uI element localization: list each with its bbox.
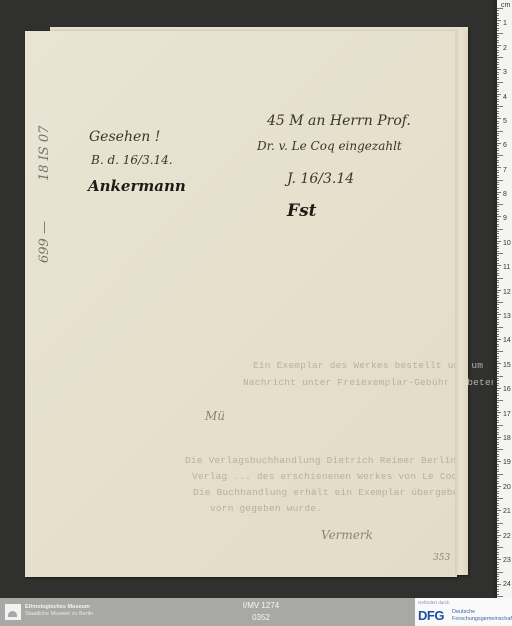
ruler-tick	[497, 50, 499, 51]
ruler-tick	[497, 314, 501, 315]
ruler-tick	[497, 567, 499, 568]
ruler-tick	[497, 295, 499, 296]
margin-note-vertical-1: 18 IS 07	[37, 126, 52, 181]
ruler-tick	[497, 131, 503, 132]
ruler-tick	[497, 229, 503, 230]
ruler-tick	[497, 402, 499, 403]
ruler-tick	[497, 101, 499, 102]
ruler-tick	[497, 108, 499, 109]
ruler-tick	[497, 390, 499, 391]
signature-left: Ankermann	[88, 177, 186, 195]
ruler-tick	[497, 111, 499, 112]
ruler-tick	[497, 596, 503, 597]
ruler-tick	[497, 175, 499, 176]
ruler-tick	[497, 187, 499, 188]
ruler-tick	[497, 503, 499, 504]
ruler-tick	[497, 334, 499, 335]
document-sheet: Gesehen ! B. d. 16/3.14. Ankermann 45 M …	[25, 31, 457, 577]
ruler-tick	[497, 104, 499, 105]
ruler-tick	[497, 486, 501, 487]
ruler-tick	[497, 89, 499, 90]
ruler-tick	[497, 383, 499, 384]
ruler-tick	[497, 498, 503, 499]
ruler-tick	[497, 432, 499, 433]
ruler-tick	[497, 417, 499, 418]
ruler-mark: 21	[503, 508, 511, 515]
ruler-tick	[497, 243, 499, 244]
ruler-mark: 13	[503, 313, 511, 320]
dfg-logo-icon: DFG	[418, 608, 444, 623]
ruler-tick	[497, 346, 499, 347]
ruler-tick	[497, 18, 499, 19]
ruler-tick	[497, 285, 499, 286]
ruler-tick	[497, 28, 499, 29]
ruler-tick	[497, 329, 499, 330]
ruler-tick	[497, 145, 499, 146]
ruler-tick	[497, 542, 499, 543]
ruler-tick	[497, 444, 499, 445]
ruler-tick	[497, 202, 499, 203]
ruler-tick	[497, 518, 499, 519]
ruler-tick	[497, 37, 499, 38]
ruler-tick	[497, 148, 499, 149]
ruler-tick	[497, 72, 499, 73]
ruler-mark: 12	[503, 289, 511, 296]
ruler-tick	[497, 209, 499, 210]
ruler-tick	[497, 45, 501, 46]
ruler-tick	[497, 545, 499, 546]
ruler-tick	[497, 224, 499, 225]
ruler-tick	[497, 248, 499, 249]
ruler-tick	[497, 128, 499, 129]
ruler-tick	[497, 260, 499, 261]
dfg-line-1: Deutsche	[452, 609, 512, 616]
ruler-tick	[497, 33, 503, 34]
ruler-tick	[497, 15, 499, 16]
ruler-tick	[497, 559, 501, 560]
ruler-tick	[497, 349, 499, 350]
ruler-tick	[497, 153, 499, 154]
ruler-tick	[497, 569, 499, 570]
inventory-number: I/MV 1274	[236, 601, 286, 610]
ruler-tick	[497, 309, 499, 310]
sheet-edge	[455, 31, 468, 575]
ruler-tick	[497, 469, 499, 470]
ruler-tick	[497, 135, 499, 136]
ruler-tick	[497, 422, 499, 423]
museum-name: Ethnologisches Museum	[25, 604, 90, 610]
ruler-mark: 11	[503, 264, 510, 271]
ruler-tick	[497, 385, 499, 386]
ruler-tick	[497, 236, 499, 237]
ruler-tick	[497, 155, 503, 156]
ruler-tick	[497, 344, 499, 345]
cm-ruler: cm 1 2 3 4 5 6 7 8 9 10 11 12 13 14 15 1…	[493, 0, 512, 598]
ruler-tick	[497, 508, 499, 509]
ruler-tick	[497, 74, 499, 75]
ruler-tick	[497, 199, 499, 200]
ruler-tick	[497, 211, 499, 212]
ruler-mark: 16	[503, 386, 511, 393]
typed-line-4: Verlag ... des erschienenen Werkes von L…	[192, 471, 463, 482]
ruler-tick	[497, 439, 499, 440]
ruler-tick	[497, 476, 499, 477]
ruler-tick	[497, 520, 499, 521]
ruler-tick	[497, 69, 501, 70]
ruler-tick	[497, 47, 499, 48]
ruler-mark: 5	[503, 118, 507, 125]
ruler-tick	[497, 55, 499, 56]
ruler-tick	[497, 591, 499, 592]
ruler-tick	[497, 535, 501, 536]
ruler-tick	[497, 172, 499, 173]
ruler-tick	[497, 447, 499, 448]
ruler-tick	[497, 79, 499, 80]
ruler-tick	[497, 20, 501, 21]
ruler-mark: 9	[503, 215, 507, 222]
ruler-tick	[497, 380, 499, 381]
ruler-tick	[497, 478, 499, 479]
dfg-name: Deutsche Forschungsgemeinschaft	[452, 609, 512, 623]
ruler-tick	[497, 77, 499, 78]
ruler-tick	[497, 251, 499, 252]
ruler-tick	[497, 393, 499, 394]
signature-right: Fst	[287, 201, 317, 221]
ruler-tick	[497, 454, 499, 455]
ruler-tick	[497, 339, 501, 340]
ruler-tick	[497, 586, 499, 587]
handwriting-recipient: Dr. v. Le Coq eingezahlt	[257, 139, 402, 153]
ruler-tick	[497, 258, 499, 259]
ruler-tick	[497, 302, 503, 303]
ruler-tick	[497, 123, 499, 124]
ruler-tick	[497, 268, 499, 269]
ruler-tick	[497, 464, 499, 465]
ruler-tick	[497, 238, 499, 239]
ruler-mark: 6	[503, 142, 507, 149]
ruler-tick	[497, 165, 499, 166]
ruler-tick	[497, 378, 499, 379]
ruler-tick	[497, 197, 499, 198]
ruler-tick	[497, 581, 499, 582]
ruler-tick	[497, 40, 499, 41]
ruler-tick	[497, 572, 503, 573]
ruler-tick	[497, 376, 503, 377]
ruler-tick	[497, 140, 499, 141]
ruler-mark: 20	[503, 484, 511, 491]
ruler-tick	[497, 204, 503, 205]
ruler-tick	[497, 42, 499, 43]
ruler-mark: 24	[503, 581, 511, 588]
ruler-tick	[497, 23, 499, 24]
ruler-tick	[497, 35, 499, 36]
ruler-tick	[497, 317, 499, 318]
ruler-tick	[497, 395, 499, 396]
ruler-tick	[497, 116, 499, 117]
ruler-tick	[497, 449, 503, 450]
ruler-tick	[497, 170, 499, 171]
ruler-tick	[497, 527, 499, 528]
ruler-tick	[497, 59, 499, 60]
ruler-tick	[497, 167, 501, 168]
ruler-tick	[497, 206, 499, 207]
ruler-tick	[497, 537, 499, 538]
ruler-tick	[497, 157, 499, 158]
ruler-tick	[497, 282, 499, 283]
ruler-tick	[497, 373, 499, 374]
ruler-tick	[497, 594, 499, 595]
ruler-tick	[497, 231, 499, 232]
ruler-tick	[497, 182, 499, 183]
ruler-tick	[497, 67, 499, 68]
handwriting-gesehen: Gesehen !	[89, 129, 160, 145]
ruler-tick	[497, 474, 503, 475]
ruler-tick	[497, 466, 499, 467]
ruler-tick	[497, 451, 499, 452]
ruler-tick	[497, 290, 501, 291]
ruler-tick	[497, 388, 501, 389]
scan-background: Gesehen ! B. d. 16/3.14. Ankermann 45 M …	[0, 0, 493, 598]
ruler-tick	[497, 407, 499, 408]
ruler-tick	[497, 371, 499, 372]
ruler-tick	[497, 336, 499, 337]
ruler-tick	[497, 549, 499, 550]
ruler-tick	[497, 184, 499, 185]
ruler-tick	[497, 513, 499, 514]
ruler-tick	[497, 491, 499, 492]
ruler-tick	[497, 412, 501, 413]
ruler-tick	[497, 253, 503, 254]
ruler-tick	[497, 456, 499, 457]
ruler-tick	[497, 189, 499, 190]
ruler-tick	[497, 304, 499, 305]
ruler-tick	[497, 96, 499, 97]
ruler-tick	[497, 241, 501, 242]
ruler-tick	[497, 177, 499, 178]
ruler-tick	[497, 368, 499, 369]
ruler-tick	[497, 57, 503, 58]
ruler-tick	[497, 510, 501, 511]
ruler-tick	[497, 94, 501, 95]
ruler-mark: 4	[503, 94, 507, 101]
bottom-handwriting: Vermerk	[321, 528, 373, 542]
ruler-tick	[497, 180, 503, 181]
ruler-tick	[497, 488, 499, 489]
ruler-tick	[497, 353, 499, 354]
ruler-tick	[497, 280, 499, 281]
typed-line-5: Die Buchhandlung erhält ein Exemplar übe…	[193, 487, 470, 498]
handwriting-date-left: B. d. 16/3.14.	[91, 153, 173, 167]
ruler-tick	[497, 400, 503, 401]
ruler-mark: 22	[503, 533, 511, 540]
ruler-tick	[497, 216, 501, 217]
ruler-tick	[497, 564, 499, 565]
ruler-tick	[497, 410, 499, 411]
ruler-mark: 2	[503, 45, 507, 52]
ruler-tick	[497, 361, 499, 362]
ruler-tick	[497, 106, 503, 107]
ruler-tick	[497, 579, 499, 580]
margin-note-vertical-2: 699 —	[37, 221, 52, 263]
ruler-tick	[497, 275, 499, 276]
ruler-tick	[497, 589, 499, 590]
ruler-tick	[497, 265, 501, 266]
handwriting-payment: 45 M an Herrn Prof.	[267, 113, 411, 129]
ruler-mark: 1	[503, 20, 507, 27]
ruler-tick	[497, 162, 499, 163]
ruler-tick	[497, 194, 499, 195]
ruler-tick	[497, 405, 499, 406]
ruler-tick	[497, 64, 499, 65]
ruler-tick	[497, 459, 499, 460]
ruler-tick	[497, 91, 499, 92]
page-number: 0352	[236, 613, 286, 622]
ruler-tick	[497, 523, 503, 524]
ruler-tick	[497, 515, 499, 516]
ruler-tick	[497, 437, 501, 438]
ruler-tick	[497, 540, 499, 541]
ruler-tick	[497, 113, 499, 114]
ruler-tick	[497, 150, 499, 151]
ruler-tick	[497, 322, 499, 323]
handwriting-date-right: J. 16/3.14	[287, 171, 354, 187]
ruler-tick	[497, 273, 499, 274]
ruler-tick	[497, 13, 499, 14]
ruler-tick	[497, 255, 499, 256]
ruler-tick	[497, 552, 499, 553]
ruler-tick	[497, 525, 499, 526]
ruler-tick	[497, 143, 501, 144]
ruler-tick	[497, 126, 499, 127]
ruler-tick	[497, 99, 499, 100]
ruler-tick	[497, 584, 501, 585]
ruler-tick	[497, 133, 499, 134]
ruler-mark: 18	[503, 435, 511, 442]
ruler-tick	[497, 420, 499, 421]
ruler-mark: 23	[503, 557, 511, 564]
ruler-tick	[497, 500, 499, 501]
ruler-tick	[497, 312, 499, 313]
ruler-tick	[497, 427, 499, 428]
ruler-mark: 8	[503, 191, 507, 198]
ruler-tick	[497, 530, 499, 531]
ruler-tick	[497, 263, 499, 264]
ruler-tick	[497, 62, 499, 63]
dfg-line-2: Forschungsgemeinschaft	[452, 616, 512, 623]
ruler-tick	[497, 82, 503, 83]
ruler-tick	[497, 429, 499, 430]
ruler-tick	[497, 557, 499, 558]
ruler-tick	[497, 160, 499, 161]
ruler-tick	[497, 30, 499, 31]
typed-line-1: Ein Exemplar des Werkes bestellt und um	[253, 360, 483, 371]
museum-logo-icon	[5, 604, 21, 620]
ruler-tick	[497, 278, 503, 279]
ruler-tick	[497, 415, 499, 416]
ruler-tick	[497, 25, 499, 26]
ruler-mark: 7	[503, 167, 507, 174]
ruler-tick	[497, 483, 499, 484]
ruler-tick	[497, 471, 499, 472]
ruler-mark: 15	[503, 362, 511, 369]
ruler-tick	[497, 221, 499, 222]
ruler-mark: 10	[503, 240, 511, 247]
ruler-tick	[497, 52, 499, 53]
ruler-tick	[497, 10, 499, 11]
ruler-tick	[497, 319, 499, 320]
ruler-tick	[497, 86, 499, 87]
ruler-tick	[497, 84, 499, 85]
ruler-tick	[497, 292, 499, 293]
ruler-tick	[497, 366, 499, 367]
ruler-tick	[497, 341, 499, 342]
ruler-tick	[497, 505, 499, 506]
ruler-tick	[497, 307, 499, 308]
ruler-tick	[497, 547, 503, 548]
ruler-tick	[497, 425, 503, 426]
ruler-mark: 3	[503, 69, 507, 76]
ruler-tick	[497, 219, 499, 220]
ruler-tick	[497, 192, 501, 193]
ruler-tick	[497, 331, 499, 332]
museum-subtitle: Staatliche Museen zu Berlin	[25, 611, 93, 617]
ruler-tick	[497, 493, 499, 494]
ruler-tick	[497, 574, 499, 575]
typed-initials: Mü	[205, 409, 225, 423]
typed-line-3: Die Verlagsbuchhandlung Dietrich Reimer …	[185, 455, 456, 466]
typed-line-6: vorn gegeben wurde.	[210, 503, 322, 514]
ruler-tick	[497, 363, 501, 364]
ruler-tick	[497, 324, 499, 325]
ruler-tick	[497, 562, 499, 563]
ruler-tick	[497, 214, 499, 215]
ruler-tick	[497, 138, 499, 139]
ruler-tick	[497, 351, 503, 352]
ruler-tick	[497, 270, 499, 271]
ruler-tick	[497, 434, 499, 435]
ruler-tick	[497, 442, 499, 443]
ruler-tick	[497, 327, 503, 328]
ruler-tick	[497, 246, 499, 247]
ruler-tick	[497, 226, 499, 227]
corner-page-number: 353	[433, 553, 450, 563]
ruler-tick	[497, 287, 499, 288]
ruler-tick	[497, 233, 499, 234]
ruler-tick	[497, 300, 499, 301]
funded-by-label: Gefördert durch	[418, 600, 450, 605]
ruler-tick	[497, 496, 499, 497]
ruler-tick	[497, 532, 499, 533]
ruler-tick	[497, 118, 501, 119]
ruler-tick	[497, 461, 501, 462]
ruler-mark: 17	[503, 411, 511, 418]
ruler-tick	[497, 121, 499, 122]
ruler-tick	[497, 554, 499, 555]
ruler-tick	[497, 481, 499, 482]
ruler-mark: 14	[503, 337, 511, 344]
ruler-tick	[497, 8, 503, 9]
ruler-tick	[497, 358, 499, 359]
ruler-mark: 19	[503, 459, 511, 466]
ruler-tick	[497, 356, 499, 357]
ruler-tick	[497, 398, 499, 399]
dfg-panel: Gefördert durch DFG Deutsche Forschungsg…	[415, 598, 512, 626]
ruler-tick	[497, 297, 499, 298]
ruler-tick	[497, 576, 499, 577]
